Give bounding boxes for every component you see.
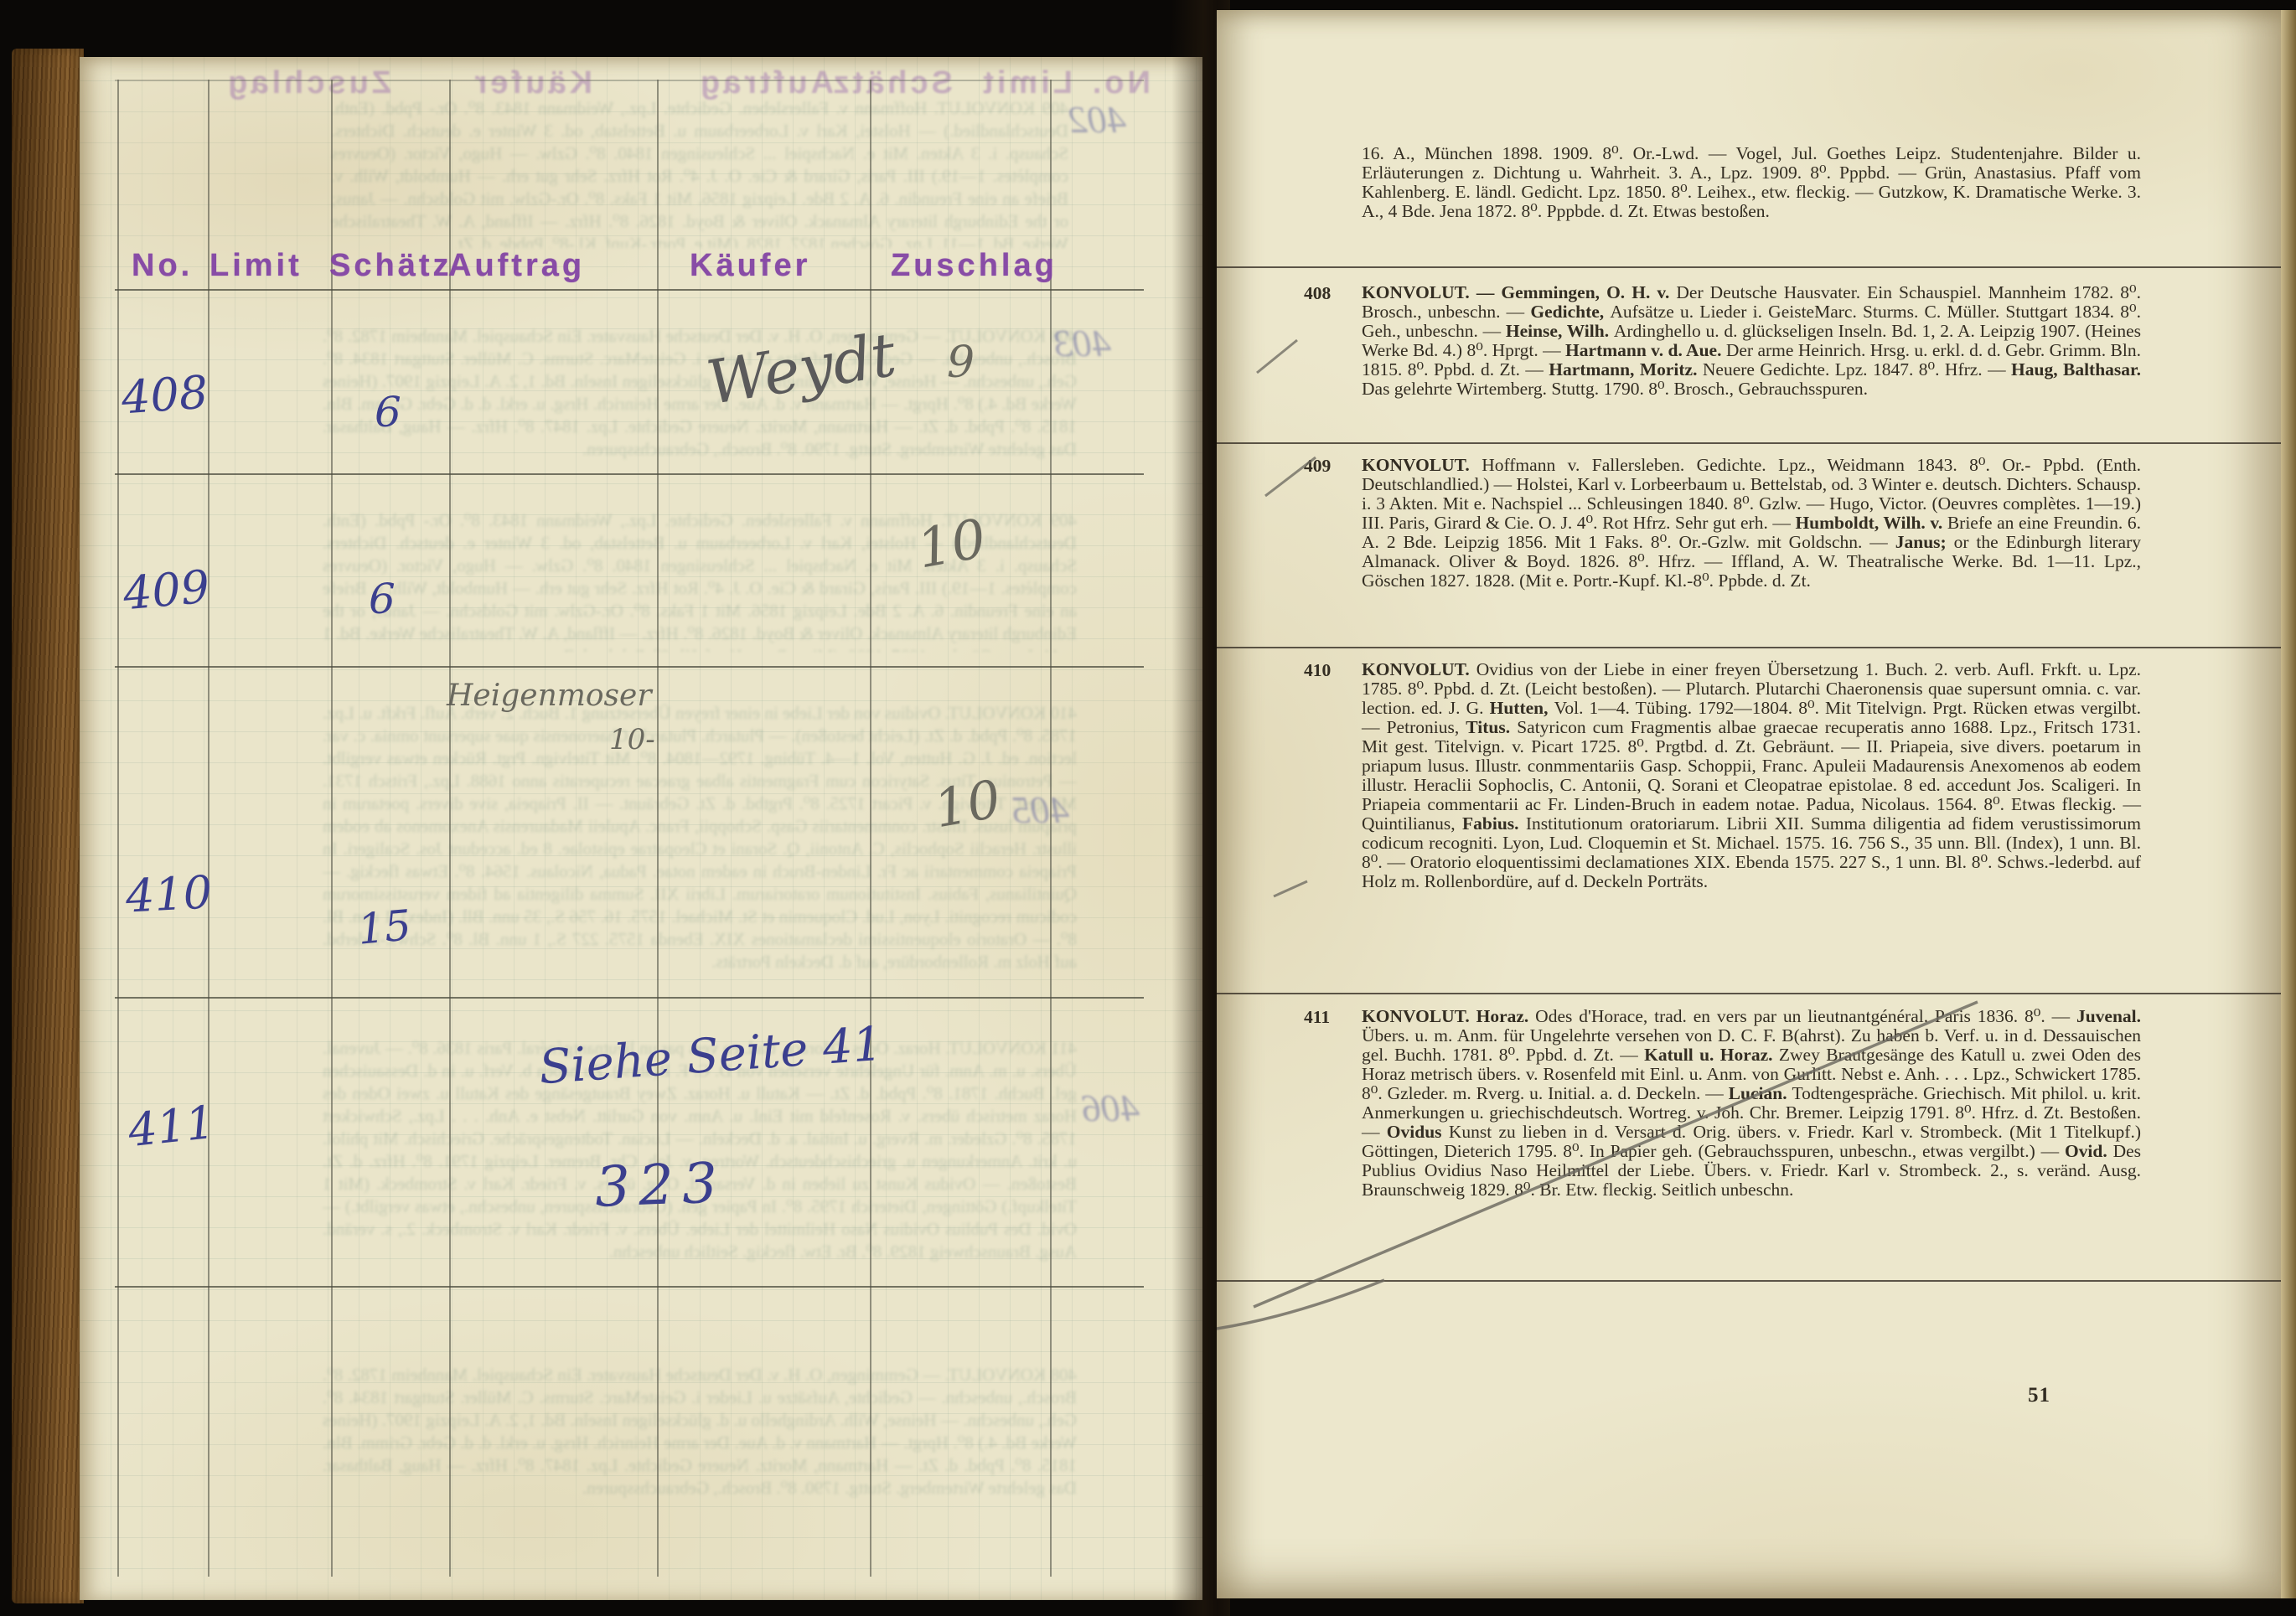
reference-note: Siehe Seite 41 bbox=[537, 1017, 884, 1095]
column-rule bbox=[1050, 80, 1052, 1577]
header-zuschlag: Zuschlag bbox=[891, 248, 1058, 284]
bleedthrough-text: 408 KONVOLUT. — Gemmingen, O. H. v. Der … bbox=[323, 1364, 1077, 1548]
zuschlag-cell: 10 bbox=[913, 508, 990, 581]
entry-author-bold: Fabius. bbox=[1462, 813, 1526, 834]
page-number: 51 bbox=[2028, 1384, 2050, 1407]
schaetz-cell: 6 bbox=[375, 388, 401, 436]
entry-author-bold: Katull u. Horaz. bbox=[1644, 1045, 1779, 1065]
entry-text-span: Neuere Gedichte. Lpz. 1847. 8⁰. Hfrz. — bbox=[1703, 359, 2011, 379]
book-scan: 409 KONVOLUT. Hoffmann v. Fallersleben. … bbox=[0, 0, 2296, 1616]
entry-separator bbox=[1217, 266, 2281, 268]
header-kaeufer: Käufer bbox=[690, 248, 810, 284]
entry-author-bold: Humboldt, Wilh. v. bbox=[1795, 513, 1947, 533]
entry-author-bold: KONVOLUT. bbox=[1362, 455, 1482, 475]
column-rule bbox=[331, 80, 333, 1577]
entry-author-bold: KONVOLUT. — Gemmingen, O. H. v. bbox=[1362, 282, 1676, 302]
entry-author-bold: Ovid. bbox=[2065, 1141, 2113, 1161]
entry-author-bold: Hutten, bbox=[1490, 698, 1554, 718]
entry-author-bold: Gedichte, bbox=[1530, 302, 1610, 322]
bleedthrough-header: Limit bbox=[980, 65, 1073, 101]
column-rule bbox=[208, 80, 209, 1577]
schaetz-cell: 15 bbox=[356, 901, 413, 953]
header-limit: Limit bbox=[209, 248, 303, 284]
entry-author-bold: Ovidus bbox=[1387, 1122, 1449, 1142]
book-page-edges bbox=[12, 49, 84, 1603]
column-rule bbox=[117, 80, 119, 1577]
entry-text-span: Das gelehrte Wirtemberg. Stuttg. 1790. 8… bbox=[1362, 379, 1868, 399]
entry-author-bold: Titus. bbox=[1466, 717, 1517, 737]
row-rule bbox=[115, 997, 1144, 999]
entry-separator bbox=[1217, 1280, 2281, 1282]
entry-text-span: Odes d'Horace, trad. en vers par un lieu… bbox=[1535, 1006, 2076, 1026]
entry-author-bold: KONVOLUT. bbox=[1362, 659, 1476, 679]
entry-author-bold: Juvenal. bbox=[2076, 1006, 2141, 1026]
entry-separator bbox=[1217, 993, 2281, 994]
bleedthrough-number: 406 bbox=[1082, 1086, 1140, 1130]
bleedthrough-number: 405 bbox=[1011, 787, 1069, 832]
page-edge bbox=[2281, 10, 2296, 1598]
column-rule bbox=[657, 80, 659, 1577]
lot-number-cell: 411 bbox=[126, 1096, 217, 1157]
entry-number: 410 bbox=[1304, 660, 1331, 681]
header-schaetz: Schätz bbox=[329, 248, 452, 284]
row-rule bbox=[115, 666, 1144, 668]
bleedthrough-header: Schätz bbox=[830, 65, 953, 101]
entry-text: KONVOLUT. Horaz. Odes d'Horace, trad. en… bbox=[1362, 1007, 2141, 1200]
ledger-page: 409 KONVOLUT. Hoffmann v. Fallersleben. … bbox=[80, 57, 1202, 1600]
row-rule bbox=[115, 1286, 1144, 1288]
lot-number-cell: 408 bbox=[120, 365, 209, 424]
entry-text: KONVOLUT. Ovidius von der Liebe in einer… bbox=[1362, 660, 2141, 891]
bleedthrough-text: 410 KONVOLUT. Ovidius von der Liebe in e… bbox=[323, 702, 1077, 978]
bleedthrough-number: 403 bbox=[1053, 321, 1111, 365]
column-rule bbox=[449, 80, 451, 1577]
bleedthrough-text: 409 KONVOLUT. Hoffmann v. Fallersleben. … bbox=[331, 97, 1068, 248]
header-no: No. bbox=[132, 248, 193, 284]
catalog-page: 16. A., München 1898. 1909. 8⁰. Or.-Lwd.… bbox=[1217, 10, 2281, 1598]
schaetz-cell: 6 bbox=[369, 575, 396, 623]
entry-author-bold: Hartmann, Moritz. bbox=[1549, 359, 1703, 379]
lot-number-cell: 409 bbox=[121, 560, 211, 621]
row-rule bbox=[115, 473, 1144, 475]
entry-author-bold: Lucian. bbox=[1729, 1083, 1792, 1103]
bleedthrough-header: Käufer bbox=[472, 65, 592, 101]
entry-author-bold: Janus; bbox=[1895, 532, 1954, 552]
header-auftrag: Auftrag bbox=[448, 248, 585, 284]
lot-number-cell: 410 bbox=[124, 865, 213, 922]
bleedthrough-header-row: No. Limit Schätz Auftrag Käufer Zuschlag bbox=[80, 65, 1202, 116]
entry-text: KONVOLUT. — Gemmingen, O. H. v. Der Deut… bbox=[1362, 283, 2141, 399]
catalog-continuation-text: 16. A., München 1898. 1909. 8⁰. Or.-Lwd.… bbox=[1362, 144, 2141, 221]
row-rule bbox=[115, 80, 1144, 81]
entry-text-span: Kunst zu lieben in d. Versart d. Orig. ü… bbox=[1362, 1122, 2141, 1161]
auftrag-amount: 10- bbox=[609, 723, 655, 756]
auftrag-note: Heigenmoser bbox=[447, 679, 652, 713]
entry-author-bold: Heinse, Wilh. bbox=[1506, 321, 1614, 341]
entry-author-bold: Haug, Balthasar. bbox=[2011, 359, 2141, 379]
bleedthrough-header: Auftrag bbox=[697, 65, 834, 101]
entry-number: 408 bbox=[1304, 283, 1331, 304]
entry-author-bold: Hartmann v. d. Aue. bbox=[1565, 340, 1726, 360]
entry-number: 411 bbox=[1304, 1007, 1330, 1028]
bleedthrough-header: Zuschlag bbox=[225, 65, 391, 101]
zuschlag-cell: 10 bbox=[929, 768, 1005, 840]
row-rule bbox=[115, 289, 1144, 291]
column-rule bbox=[870, 80, 871, 1577]
entry-separator bbox=[1217, 442, 2281, 444]
result-note: 323 bbox=[594, 1150, 727, 1219]
bleedthrough-header: No. bbox=[1089, 65, 1151, 101]
entry-text: KONVOLUT. Hoffmann v. Fallersleben. Gedi… bbox=[1362, 456, 2141, 591]
zuschlag-cell: 9 bbox=[947, 338, 975, 388]
entry-separator bbox=[1217, 647, 2281, 648]
entry-number: 409 bbox=[1304, 456, 1331, 477]
entry-author-bold: KONVOLUT. Horaz. bbox=[1362, 1006, 1535, 1026]
